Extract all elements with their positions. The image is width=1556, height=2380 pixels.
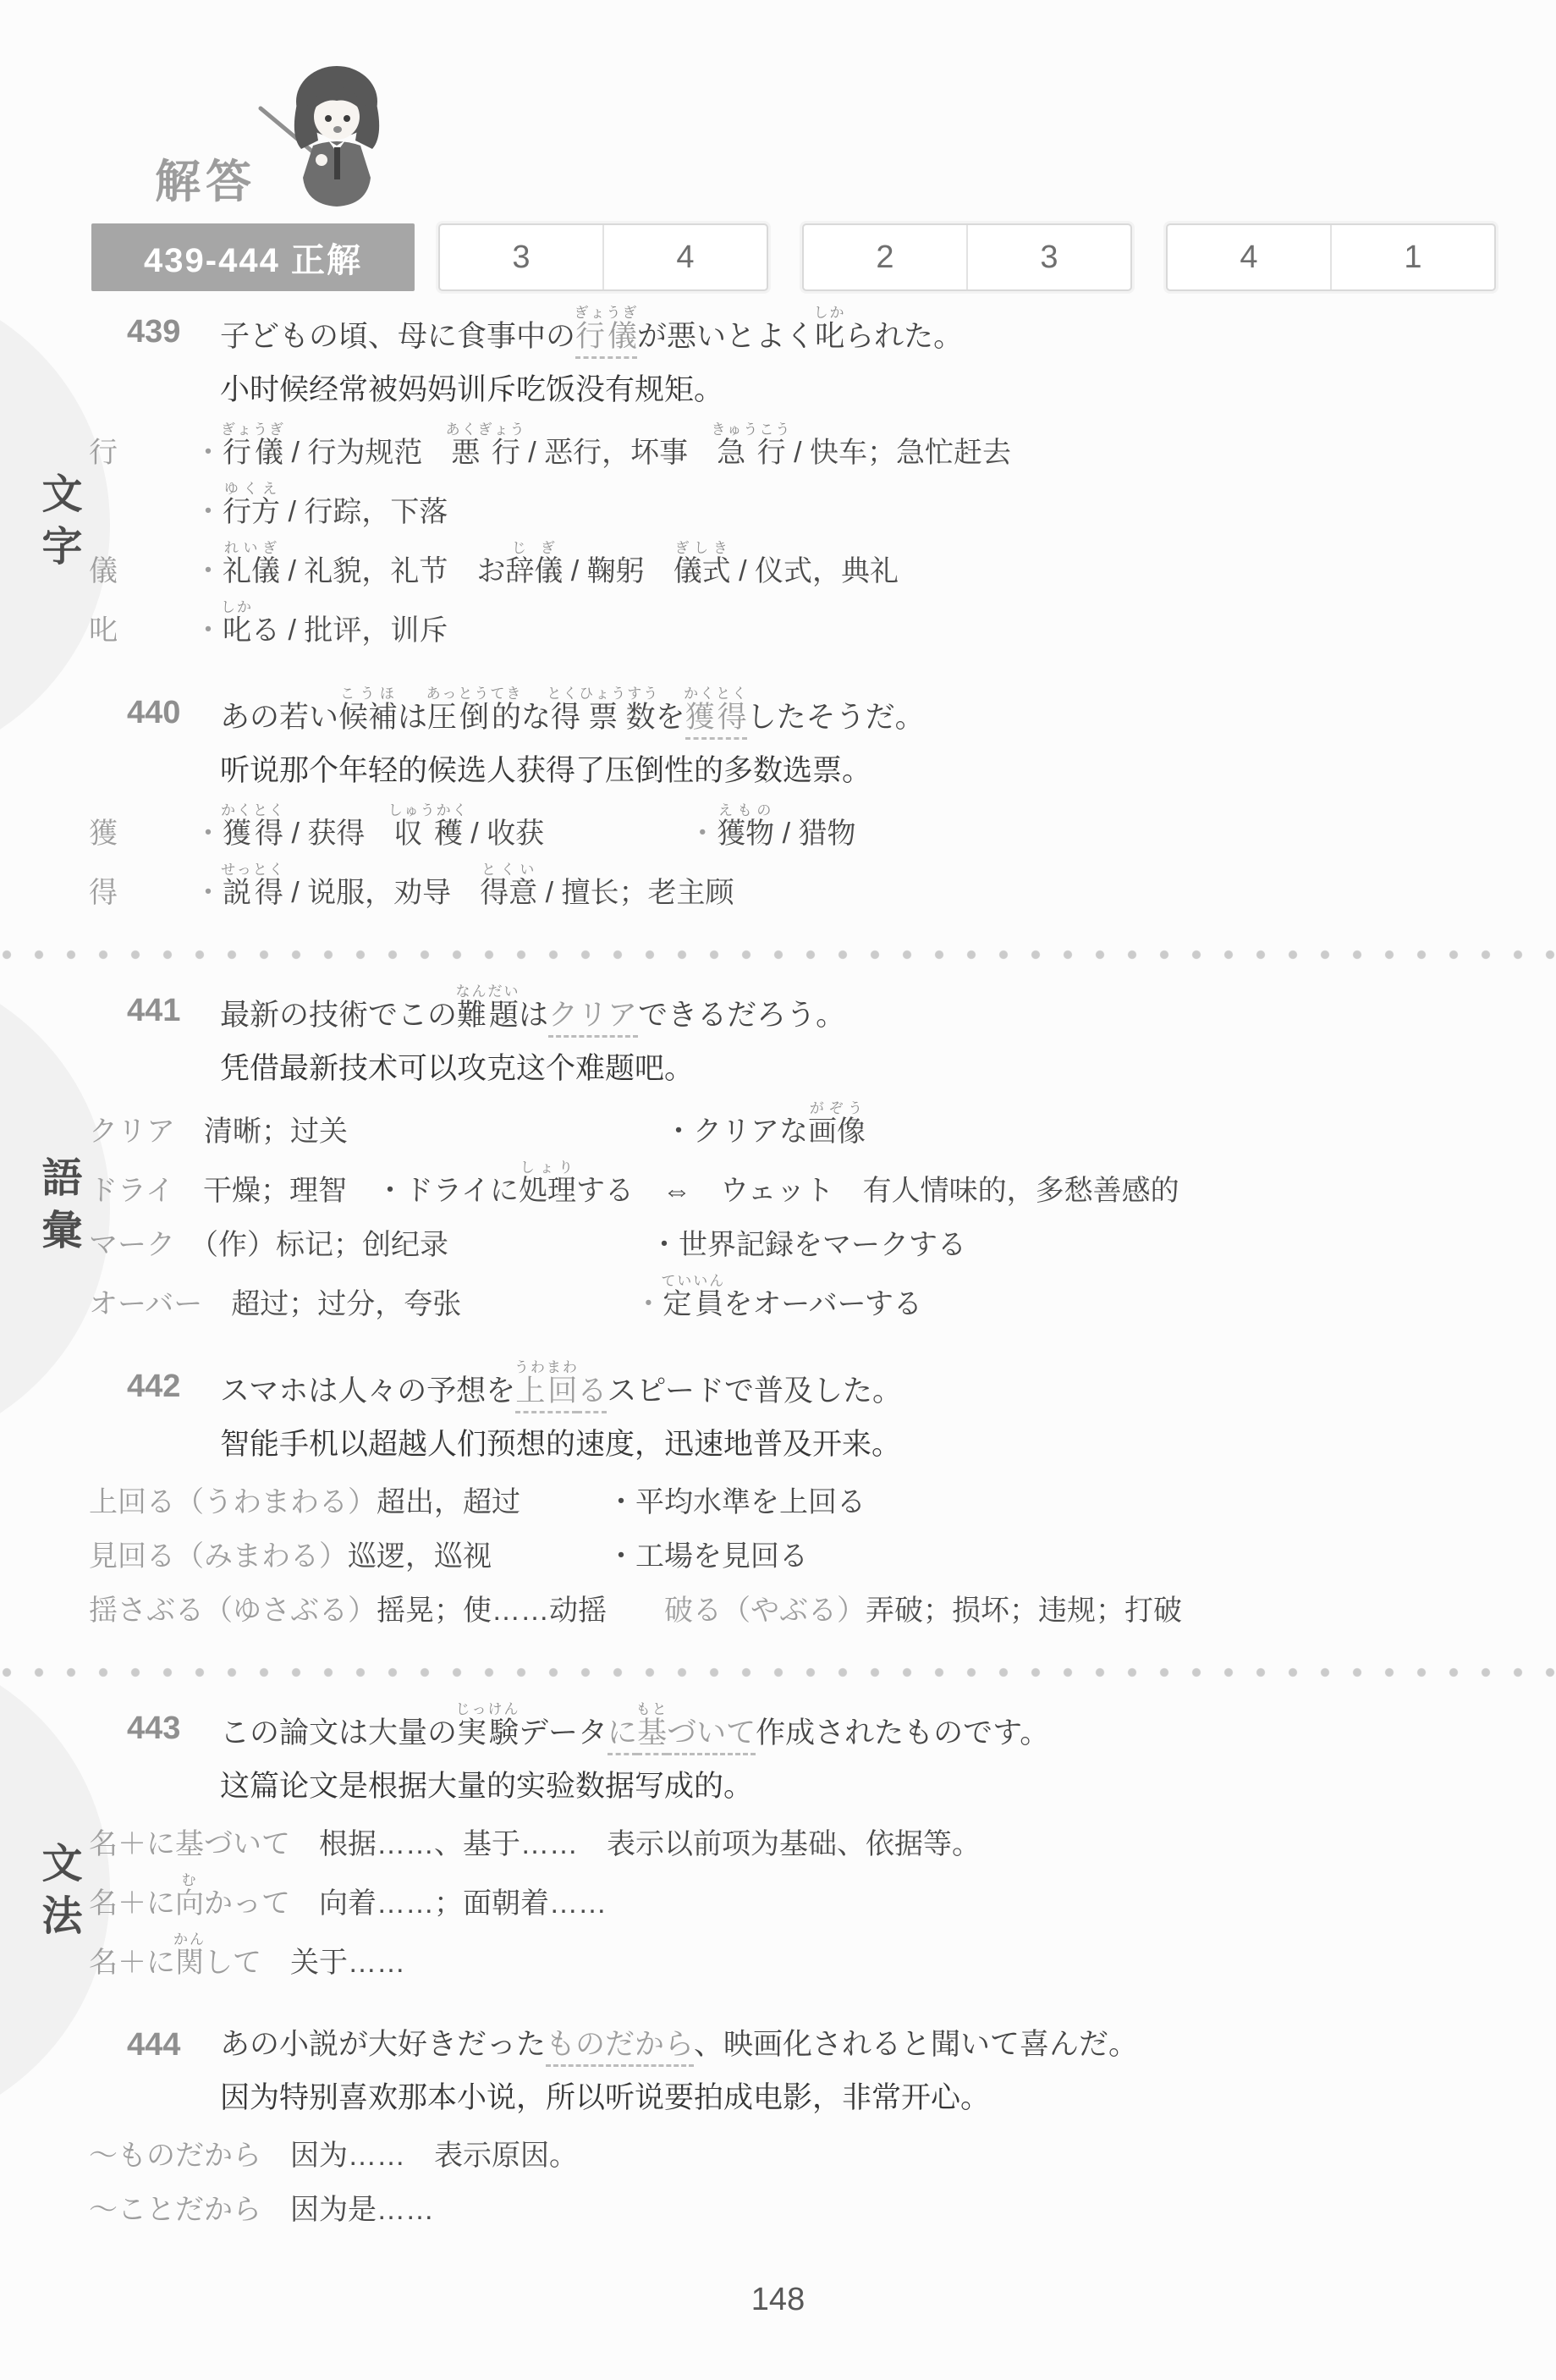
- text-run: は: [519, 999, 548, 1032]
- ruby-word: 急行きゅうこう: [717, 437, 786, 469]
- text-run: かって: [204, 1887, 290, 1920]
- text-run: お: [476, 555, 505, 587]
- sentence-text: あの小説が大好きだったものだから、映画化されると聞いて喜んだ。: [220, 2018, 1498, 2072]
- question-block: 441最新の技術でこの難題なんだいはクリアできるだろう。凭借最新技术可以攻克这个…: [89, 983, 1498, 1330]
- text-run: をオーバーする: [723, 1288, 922, 1320]
- text-run: 作成されたものです。: [756, 1716, 1049, 1749]
- text-run: クリア: [548, 999, 638, 1038]
- text-run: / 行为规范: [283, 437, 451, 469]
- dotted-separator: [0, 948, 1556, 961]
- question-block: 442スマホは人々の予想を上回うわまわるスピードで普及した。智能手机以超越人们预…: [89, 1359, 1498, 1637]
- text-run: 干燥；理智: [174, 1175, 376, 1207]
- answer-cell: 4: [1168, 225, 1330, 289]
- ruby-word: 実験じっけん: [457, 1716, 519, 1749]
- text-run: / 获得: [283, 818, 393, 850]
- vocab-row: ドライ 干燥；理智 ・ドライに処理しょりする ⇔ ウェット 有人情味的，多愁善感…: [89, 1160, 1498, 1217]
- ruby-word: 獲物えもの: [717, 818, 774, 850]
- vocab-row: 名＋に基づいて 根据……、基于…… 表示以前项为基础、依据等。: [89, 1818, 1498, 1870]
- text-run: する ⇔ ウェット 有人情味的，多愁善感的: [576, 1175, 1179, 1207]
- text-run: / 鞠躬: [563, 555, 673, 587]
- text-run: 最新の技術でこの: [220, 999, 457, 1032]
- mascot-girl-with-pointer-illustration: [254, 49, 406, 218]
- ruby-word: 向む: [175, 1887, 204, 1920]
- answer-cell: 3: [966, 225, 1130, 289]
- text-run: る: [577, 1375, 607, 1413]
- question-block: 439子どもの頃、母に食事中の行儀ぎょうぎが悪いとよく叱しかられた。小时候经常被…: [89, 305, 1498, 657]
- text-run: られた。: [844, 320, 963, 353]
- text-run: したそうだ。: [747, 701, 925, 734]
- text-run: 超出，超过: [377, 1486, 607, 1518]
- question-block: 440あの若い候補こうほは圧倒的あっとうてきな得票数とくひょうすうを獲得かくとく…: [89, 686, 1498, 919]
- question-translation: 智能手机以超越人们预想的速度，迅速地普及开来。: [220, 1424, 1498, 1466]
- ruby-word: 基もと: [637, 1716, 667, 1755]
- ruby-word: 儀式ぎしき: [674, 555, 731, 587]
- text-run: 关于……: [261, 1947, 405, 1979]
- text-run: 名＋に: [89, 1947, 175, 1979]
- text-run: に: [608, 1716, 637, 1755]
- vocab-row: クリア 清晰；过关 ・クリアな画像がぞう: [89, 1100, 1498, 1158]
- sentence-text: あの若い候補こうほは圧倒的あっとうてきな得票数とくひょうすうを獲得かくとくしたそ…: [220, 686, 1498, 745]
- page-title: 解答: [155, 146, 256, 211]
- answer-cell: 2: [804, 225, 966, 289]
- vocab-row: ～ことだから 因为是……: [89, 2184, 1498, 2236]
- text-run: スマホは人々の予想を: [220, 1375, 515, 1408]
- text-run: ・: [194, 496, 223, 528]
- text-run: ものだから: [546, 2028, 694, 2067]
- text-run: ・: [634, 1288, 663, 1320]
- answer-cell: 4: [602, 225, 767, 289]
- vocab-row: 行・行儀ぎょうぎ / 行为规范 悪行あくぎょう / 恶行，坏事 急行きゅうこう …: [89, 421, 1498, 479]
- question-number: 442: [127, 1359, 220, 1413]
- ruby-word: 定員ていいん: [663, 1288, 723, 1320]
- ruby-word: 行方ゆくえ: [223, 496, 280, 528]
- vocab-row: オーバー 超过；过分，夸张 ・定員ていいんをオーバーする: [89, 1273, 1498, 1330]
- vocab-row: 名＋に関かんして 关于……: [89, 1931, 1498, 1989]
- text-run: / 礼貌，礼节: [280, 555, 476, 587]
- vocab-row: 得・説得せっとく / 说服，劝导 得意とくい / 擅长；老主顾: [89, 862, 1498, 919]
- text-run: 、映画化されると聞いて喜んだ。: [694, 2028, 1138, 2061]
- question-number: 444: [127, 2018, 220, 2072]
- vocab-row: 見回る（みまわる）巡逻，巡视 ・工場を見回る: [89, 1530, 1498, 1583]
- text-run: 根据……、基于…… 表示以前项为基础、依据等。: [290, 1828, 981, 1860]
- ruby-word: 関かん: [175, 1947, 204, 1979]
- vocab-head: 得: [89, 867, 140, 919]
- question-translation: 因为特别喜欢那本小说，所以听说要拍成电影，非常开心。: [220, 2077, 1498, 2119]
- question-sentence: 440あの若い候補こうほは圧倒的あっとうてきな得票数とくひょうすうを獲得かくとく…: [89, 686, 1498, 745]
- question-block: 443この論文は大量の実験じっけんデータに基もとづいて作成されたものです。这篇论…: [89, 1701, 1498, 1989]
- text-run: 摇晃；使……动摇: [377, 1595, 664, 1627]
- sentence-text: 最新の技術でこの難題なんだいはクリアできるだろう。: [220, 983, 1498, 1043]
- vocab-head: 獲: [89, 807, 140, 860]
- vocab-row: 儀・礼儀れいぎ / 礼貌，礼节 お辞儀じぎ / 鞠躬 儀式ぎしき / 仪式，典礼: [89, 540, 1498, 598]
- ruby-word: 候補こうほ: [338, 701, 398, 734]
- text-run: ・クリアな: [664, 1116, 808, 1148]
- text-run: ～ことだから: [89, 2194, 261, 2226]
- ruby-word: 難題なんだい: [457, 999, 519, 1032]
- ruby-word: 礼儀れいぎ: [223, 555, 280, 587]
- text-run: オーバー: [89, 1288, 202, 1320]
- text-run: ・: [194, 818, 223, 850]
- text-run: ・平均水準を上回る: [607, 1486, 866, 1518]
- question-translation: 听说那个年轻的候选人获得了压倒性的多数选票。: [220, 750, 1498, 792]
- ruby-word: 叱しか: [815, 320, 844, 353]
- text-run: マーク: [89, 1229, 175, 1261]
- ruby-word: 画像がぞう: [808, 1116, 866, 1148]
- text-run: ・: [194, 877, 223, 909]
- text-run: / 猎物: [774, 818, 855, 850]
- dotted-separator: [0, 1666, 1556, 1679]
- text-run: が悪いとよく: [637, 320, 815, 353]
- question-sentence: 439子どもの頃、母に食事中の行儀ぎょうぎが悪いとよく叱しかられた。: [89, 305, 1498, 364]
- text-run: スピードで普及した。: [607, 1375, 902, 1408]
- text-run: 子どもの頃、母に食事中の: [220, 320, 575, 353]
- answer-group: 41: [1166, 223, 1496, 291]
- question-translation: 这篇论文是根据大量的实验数据写成的。: [220, 1766, 1498, 1808]
- text-run: ・: [194, 437, 223, 469]
- question-translation: 小时候经常被妈妈训斥吃饭没有规矩。: [220, 369, 1498, 411]
- ruby-word: 圧倒的あっとうてき: [427, 701, 521, 734]
- ruby-word: 説得せっとく: [223, 877, 283, 909]
- text-run: ・: [688, 818, 717, 850]
- text-run: / 恶行，坏事: [520, 437, 717, 469]
- text-run: る / 批评，训斥: [251, 614, 448, 647]
- vocab-row: マーク （作）标记；创纪录 ・世界記録をマークする: [89, 1219, 1498, 1271]
- text-run: 因为…… 表示原因。: [261, 2140, 578, 2172]
- ruby-word: 叱しか: [223, 614, 251, 647]
- ruby-word: 収穫しゅうかく: [393, 818, 463, 850]
- answer-group: 23: [802, 223, 1132, 291]
- ruby-word: 処理しょり: [519, 1175, 576, 1207]
- text-run: / 仪式，典礼: [731, 555, 899, 587]
- question-sentence: 444あの小説が大好きだったものだから、映画化されると聞いて喜んだ。: [89, 2018, 1498, 2072]
- ruby-word: 獲得かくとく: [685, 701, 747, 740]
- text-run: 超过；过分，夸张: [202, 1288, 634, 1320]
- text-run: / 收获: [463, 818, 688, 850]
- text-run: づいて: [667, 1716, 756, 1755]
- text-run: / 行踪，下落: [280, 496, 448, 528]
- text-run: 揺さぶる（ゆさぶる）: [89, 1595, 377, 1627]
- text-run: 弄破；损坏；违规；打破: [866, 1595, 1182, 1627]
- vocab-row: 叱・叱しかる / 批评，训斥: [89, 599, 1498, 657]
- text-run: して: [204, 1947, 261, 1979]
- text-run: この論文は大量の: [220, 1716, 457, 1749]
- text-run: ・ドライに: [376, 1175, 519, 1207]
- vocab-row: 獲・獲得かくとく / 获得 収穫しゅうかく / 收获 ・獲物えもの / 猎物: [89, 802, 1498, 860]
- sidebar-label-bunpou: 文法: [29, 1842, 87, 1947]
- text-run: 上回る（うわまわる）: [89, 1486, 377, 1518]
- ruby-word: 悪行あくぎょう: [451, 437, 520, 469]
- vocab-row: 名＋に向むかって 向着……；面朝着……: [89, 1872, 1498, 1930]
- answer-key-bar: 439-444 正解 342341: [91, 223, 1496, 291]
- text-run: ・: [194, 614, 223, 647]
- vocab-head: 叱: [89, 604, 140, 657]
- ruby-word: 獲得かくとく: [223, 818, 283, 850]
- text-run: ドライ: [89, 1175, 174, 1207]
- text-run: できるだろう。: [638, 999, 845, 1032]
- text-run: あの小説が大好きだった: [220, 2028, 546, 2061]
- question-sentence: 443この論文は大量の実験じっけんデータに基もとづいて作成されたものです。: [89, 1701, 1498, 1760]
- text-run: / 擅长；老主顾: [537, 877, 734, 909]
- page-number: 148: [0, 2282, 1556, 2318]
- question-sentence: 442スマホは人々の予想を上回うわまわるスピードで普及した。: [89, 1359, 1498, 1419]
- sidebar-label-goi: 語彙: [29, 1156, 87, 1261]
- text-run: （作）标记；创纪录: [175, 1229, 650, 1261]
- text-run: を: [656, 701, 685, 734]
- ruby-word: 辞儀じぎ: [505, 555, 563, 587]
- content: 439子どもの頃、母に食事中の行儀ぎょうぎが悪いとよく叱しかられた。小时候经常被…: [89, 298, 1498, 2265]
- text-run: 名＋に基づいて: [89, 1828, 290, 1860]
- text-run: 巡逻，巡视: [348, 1540, 607, 1573]
- sentence-text: この論文は大量の実験じっけんデータに基もとづいて作成されたものです。: [220, 1701, 1498, 1760]
- ruby-word: 得票数とくひょうすう: [551, 701, 656, 734]
- question-sentence: 441最新の技術でこの難題なんだいはクリアできるだろう。: [89, 983, 1498, 1043]
- text-run: ～ものだから: [89, 2140, 261, 2172]
- text-run: ・工場を見回る: [607, 1540, 808, 1573]
- vocab-row: 上回る（うわまわる）超出，超过 ・平均水準を上回る: [89, 1476, 1498, 1529]
- sentence-text: スマホは人々の予想を上回うわまわるスピードで普及した。: [220, 1359, 1498, 1419]
- answer-range-label: 439-444 正解: [91, 223, 415, 291]
- sentence-text: 子どもの頃、母に食事中の行儀ぎょうぎが悪いとよく叱しかられた。: [220, 305, 1498, 364]
- ruby-word: 上回うわまわ: [515, 1375, 577, 1413]
- vocab-row: ・行方ゆくえ / 行踪，下落: [89, 481, 1498, 538]
- question-translation: 凭借最新技术可以攻克这个难题吧。: [220, 1048, 1498, 1090]
- text-run: / 快车；急忙赶去: [786, 437, 1011, 469]
- text-run: / 说服，劝导: [283, 877, 480, 909]
- answer-cell: 3: [440, 225, 602, 289]
- answer-cell: 1: [1330, 225, 1494, 289]
- text-run: 見回る（みまわる）: [89, 1540, 348, 1573]
- question-number: 443: [127, 1701, 220, 1755]
- question-number: 441: [127, 983, 220, 1038]
- text-run: は: [398, 701, 427, 734]
- ruby-word: 得意とくい: [480, 877, 537, 909]
- vocab-row: 揺さぶる（ゆさぶる）摇晃；使……动摇 破る（やぶる）弄破；损坏；违规；打破: [89, 1584, 1498, 1637]
- text-run: 因为是……: [261, 2194, 434, 2226]
- text-run: ・: [194, 555, 223, 587]
- answer-groups: 342341: [438, 223, 1496, 291]
- ruby-word: 行儀ぎょうぎ: [223, 437, 283, 469]
- text-run: 名＋に: [89, 1887, 175, 1920]
- question-number: 440: [127, 686, 220, 740]
- text-run: 清晰；过关: [175, 1116, 664, 1148]
- text-run: ・世界記録をマークする: [650, 1229, 966, 1261]
- question-block: 444あの小説が大好きだったものだから、映画化されると聞いて喜んだ。因为特别喜欢…: [89, 2018, 1498, 2236]
- text-run: 向着……；面朝着……: [290, 1887, 607, 1920]
- text-run: クリア: [89, 1116, 175, 1148]
- question-number: 439: [127, 305, 220, 359]
- vocab-head: 儀: [89, 545, 140, 598]
- text-run: データ: [519, 1716, 608, 1749]
- sidebar-label-moji: 文字: [29, 472, 87, 577]
- answer-group: 34: [438, 223, 768, 291]
- vocab-row: ～ものだから 因为…… 表示原因。: [89, 2129, 1498, 2182]
- ruby-word: 行儀ぎょうぎ: [575, 320, 637, 359]
- text-run: 破る（やぶる）: [664, 1595, 866, 1627]
- vocab-head: 行: [89, 427, 140, 479]
- text-run: あの若い: [220, 701, 338, 734]
